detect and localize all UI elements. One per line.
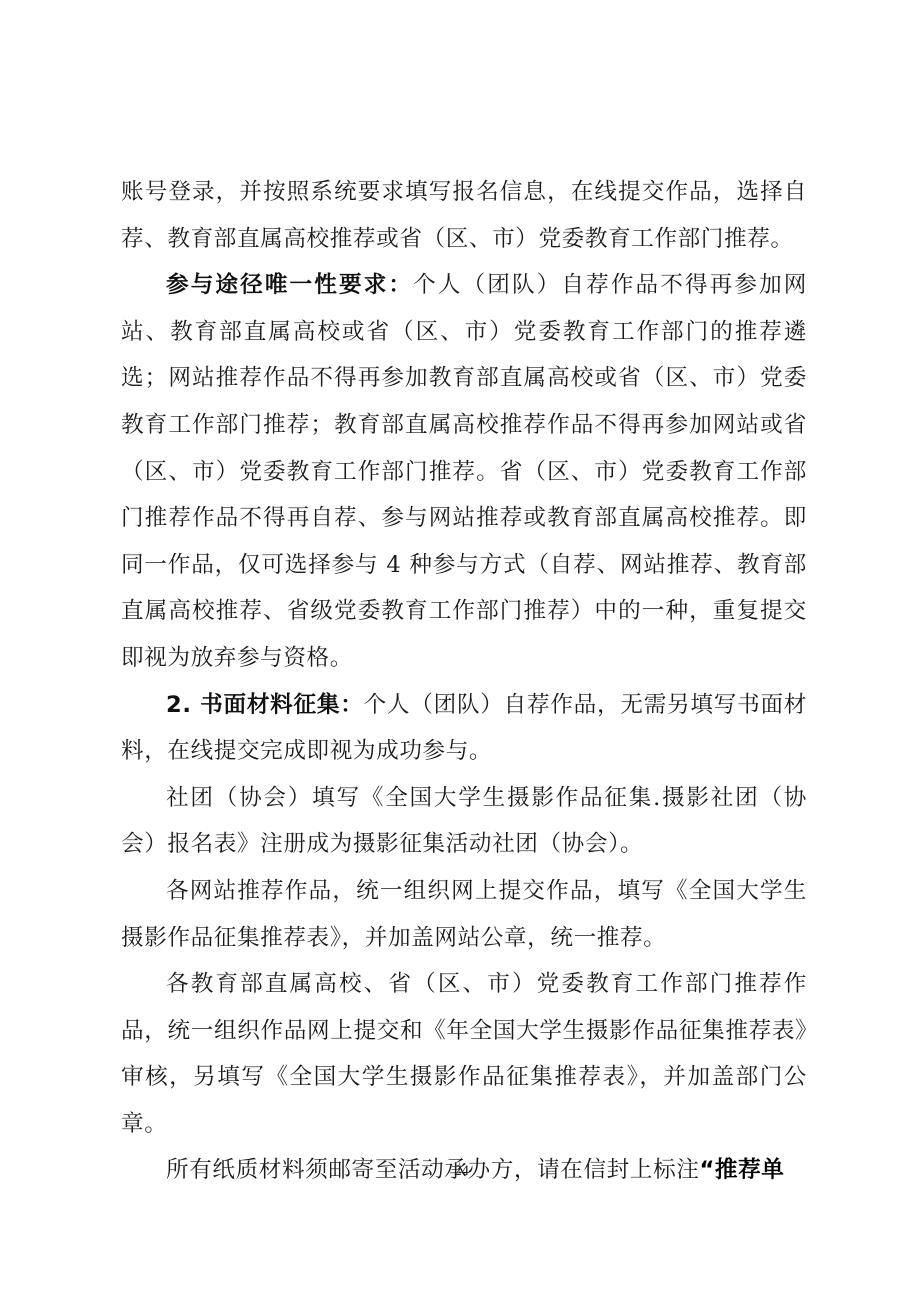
paragraph-text: 各教育部直属高校、省（区、市）党委教育工作部门推荐作品，统一组织作品网上提交和《… [121,971,807,1137]
paragraph-text: 个人（团队）自荐作品不得再参加网站、教育部直属高校或省（区、市）党委教育工作部门… [121,272,807,671]
paragraph-club-registration: 社团（协会）填写《全国大学生摄影作品征集.摄影社团（协会）报名表》注册成为摄影征… [121,775,807,868]
paragraph-text: 各网站推荐作品，统一组织网上提交作品，填写《全国大学生摄影作品征集推荐表》，并加… [121,878,807,951]
section-heading-written-materials: 2. 书面材料征集： [166,692,364,718]
paragraph-registration-continuation: 账号登录，并按照系统要求填写报名信息，在线提交作品，选择自荐、教育部直属高校推荐… [121,169,807,262]
paragraph-written-materials: 2. 书面材料征集：个人（团队）自荐作品，无需另填写书面材料，在线提交完成即视为… [121,682,807,775]
paragraph-unique-participation-requirement: 参与途径唯一性要求：个人（团队）自荐作品不得再参加网站、教育部直属高校或省（区、… [121,262,807,681]
paragraph-university-recommendation: 各教育部直属高校、省（区、市）党委教育工作部门推荐作品，统一组织作品网上提交和《… [121,961,807,1147]
document-body: 账号登录，并按照系统要求填写报名信息，在线提交作品，选择自荐、教育部直属高校推荐… [121,169,807,1194]
page-number: 24 [0,1163,923,1180]
document-page: 账号登录，并按照系统要求填写报名信息，在线提交作品，选择自荐、教育部直属高校推荐… [0,0,923,1305]
paragraph-text: 社团（协会）填写《全国大学生摄影作品征集.摄影社团（协会）报名表》注册成为摄影征… [121,785,807,858]
paragraph-lead-heading: 参与途径唯一性要求： [166,272,413,298]
paragraph-text: 账号登录，并按照系统要求填写报名信息，在线提交作品，选择自荐、教育部直属高校推荐… [121,179,807,252]
paragraph-website-recommendation: 各网站推荐作品，统一组织网上提交作品，填写《全国大学生摄影作品征集推荐表》，并加… [121,868,807,961]
